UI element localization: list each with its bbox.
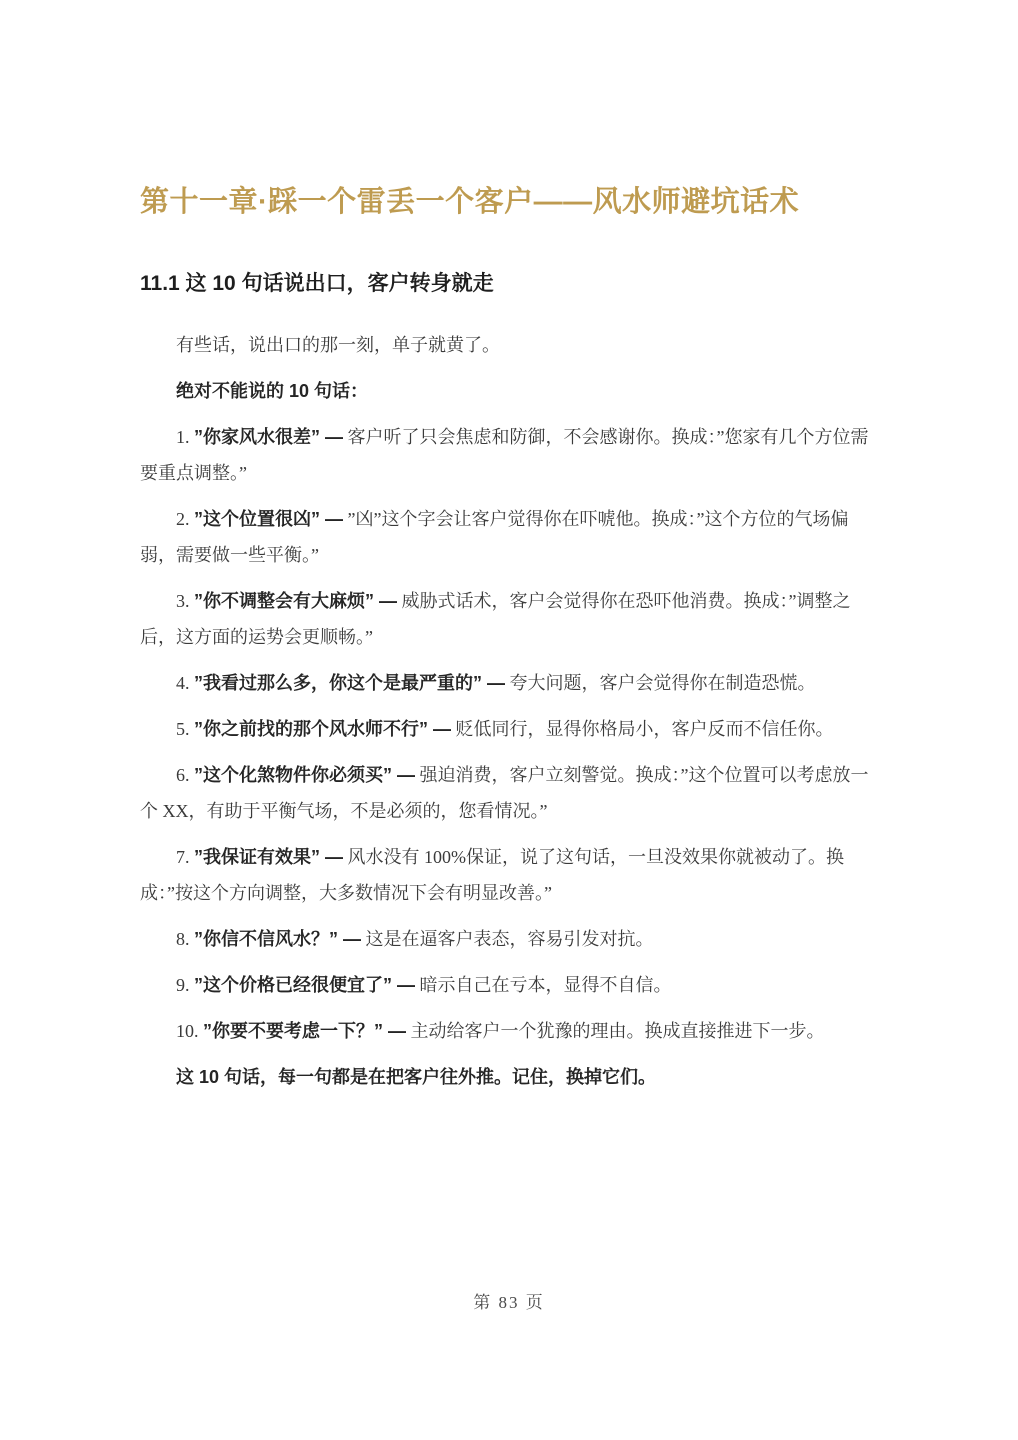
item-number: 2. xyxy=(176,509,194,529)
item-number: 6. xyxy=(176,765,194,785)
item-quote: ”我保证有效果” — xyxy=(194,847,343,867)
item-number: 7. xyxy=(176,847,194,867)
page-content: 第十一章·踩一个雷丢一个客户——风水师避坑话术 11.1 这 10 句话说出口，… xyxy=(0,0,1018,1095)
closing-paragraph: 这 10 句话，每一句都是在把客户往外推。记住，换掉它们。 xyxy=(140,1059,878,1095)
item-quote: ”你家风水很差” — xyxy=(194,427,343,447)
list-item: 10. ”你要不要考虑一下？” — 主动给客户一个犹豫的理由。换成直接推进下一步… xyxy=(140,1013,878,1049)
item-number: 1. xyxy=(176,427,194,447)
item-number: 8. xyxy=(176,929,194,949)
item-number: 4. xyxy=(176,673,194,693)
list-item: 7. ”我保证有效果” — 风水没有 100%保证，说了这句话，一旦没效果你就被… xyxy=(140,839,878,911)
body-text: 有些话，说出口的那一刻，单子就黄了。 绝对不能说的 10 句话： 1. ”你家风… xyxy=(140,327,878,1095)
list-item: 5. ”你之前找的那个风水师不行” — 贬低同行，显得你格局小，客户反而不信任你… xyxy=(140,711,878,747)
item-quote: ”这个化煞物件你必须买” — xyxy=(194,765,415,785)
item-quote: ”你要不要考虑一下？” — xyxy=(203,1021,406,1041)
page-number: 第 83 页 xyxy=(0,1288,1018,1313)
list-item: 1. ”你家风水很差” — 客户听了只会焦虑和防御，不会感谢你。换成：”您家有几… xyxy=(140,419,878,491)
item-text: 夸大问题，客户会觉得你在制造恐慌。 xyxy=(505,673,816,693)
list-item: 9. ”这个价格已经很便宜了” — 暗示自己在亏本，显得不自信。 xyxy=(140,967,878,1003)
item-number: 5. xyxy=(176,719,194,739)
item-number: 9. xyxy=(176,975,194,995)
item-text: 这是在逼客户表态，容易引发对抗。 xyxy=(361,929,654,949)
item-text: 暗示自己在亏本，显得不自信。 xyxy=(415,975,672,995)
item-number: 3. xyxy=(176,591,194,611)
item-quote: ”这个位置很凶” — xyxy=(194,509,343,529)
item-text: 贬低同行，显得你格局小，客户反而不信任你。 xyxy=(451,719,834,739)
item-quote: ”我看过那么多，你这个是最严重的” — xyxy=(194,673,505,693)
item-quote: ”你信不信风水？” — xyxy=(194,929,361,949)
item-quote: ”你不调整会有大麻烦” — xyxy=(194,591,397,611)
chapter-title: 第十一章·踩一个雷丢一个客户——风水师避坑话术 xyxy=(140,185,878,220)
item-number: 10. xyxy=(176,1021,203,1041)
intro-paragraph: 有些话，说出口的那一刻，单子就黄了。 xyxy=(140,327,878,363)
list-item: 3. ”你不调整会有大麻烦” — 威胁式话术，客户会觉得你在恐吓他消费。换成：”… xyxy=(140,583,878,655)
list-item: 4. ”我看过那么多，你这个是最严重的” — 夸大问题，客户会觉得你在制造恐慌。 xyxy=(140,665,878,701)
item-text: 主动给客户一个犹豫的理由。换成直接推进下一步。 xyxy=(406,1021,825,1041)
list-item: 6. ”这个化煞物件你必须买” — 强迫消费，客户立刻警觉。换成：”这个位置可以… xyxy=(140,757,878,829)
item-quote: ”这个价格已经很便宜了” — xyxy=(194,975,415,995)
document-page: 第十一章·踩一个雷丢一个客户——风水师避坑话术 11.1 这 10 句话说出口，… xyxy=(0,0,1018,1440)
list-item: 2. ”这个位置很凶” — ”凶”这个字会让客户觉得你在吓唬他。换成：”这个方位… xyxy=(140,501,878,573)
section-title: 11.1 这 10 句话说出口，客户转身就走 xyxy=(140,270,878,297)
list-item: 8. ”你信不信风水？” — 这是在逼客户表态，容易引发对抗。 xyxy=(140,921,878,957)
item-quote: ”你之前找的那个风水师不行” — xyxy=(194,719,451,739)
list-heading: 绝对不能说的 10 句话： xyxy=(140,373,878,409)
